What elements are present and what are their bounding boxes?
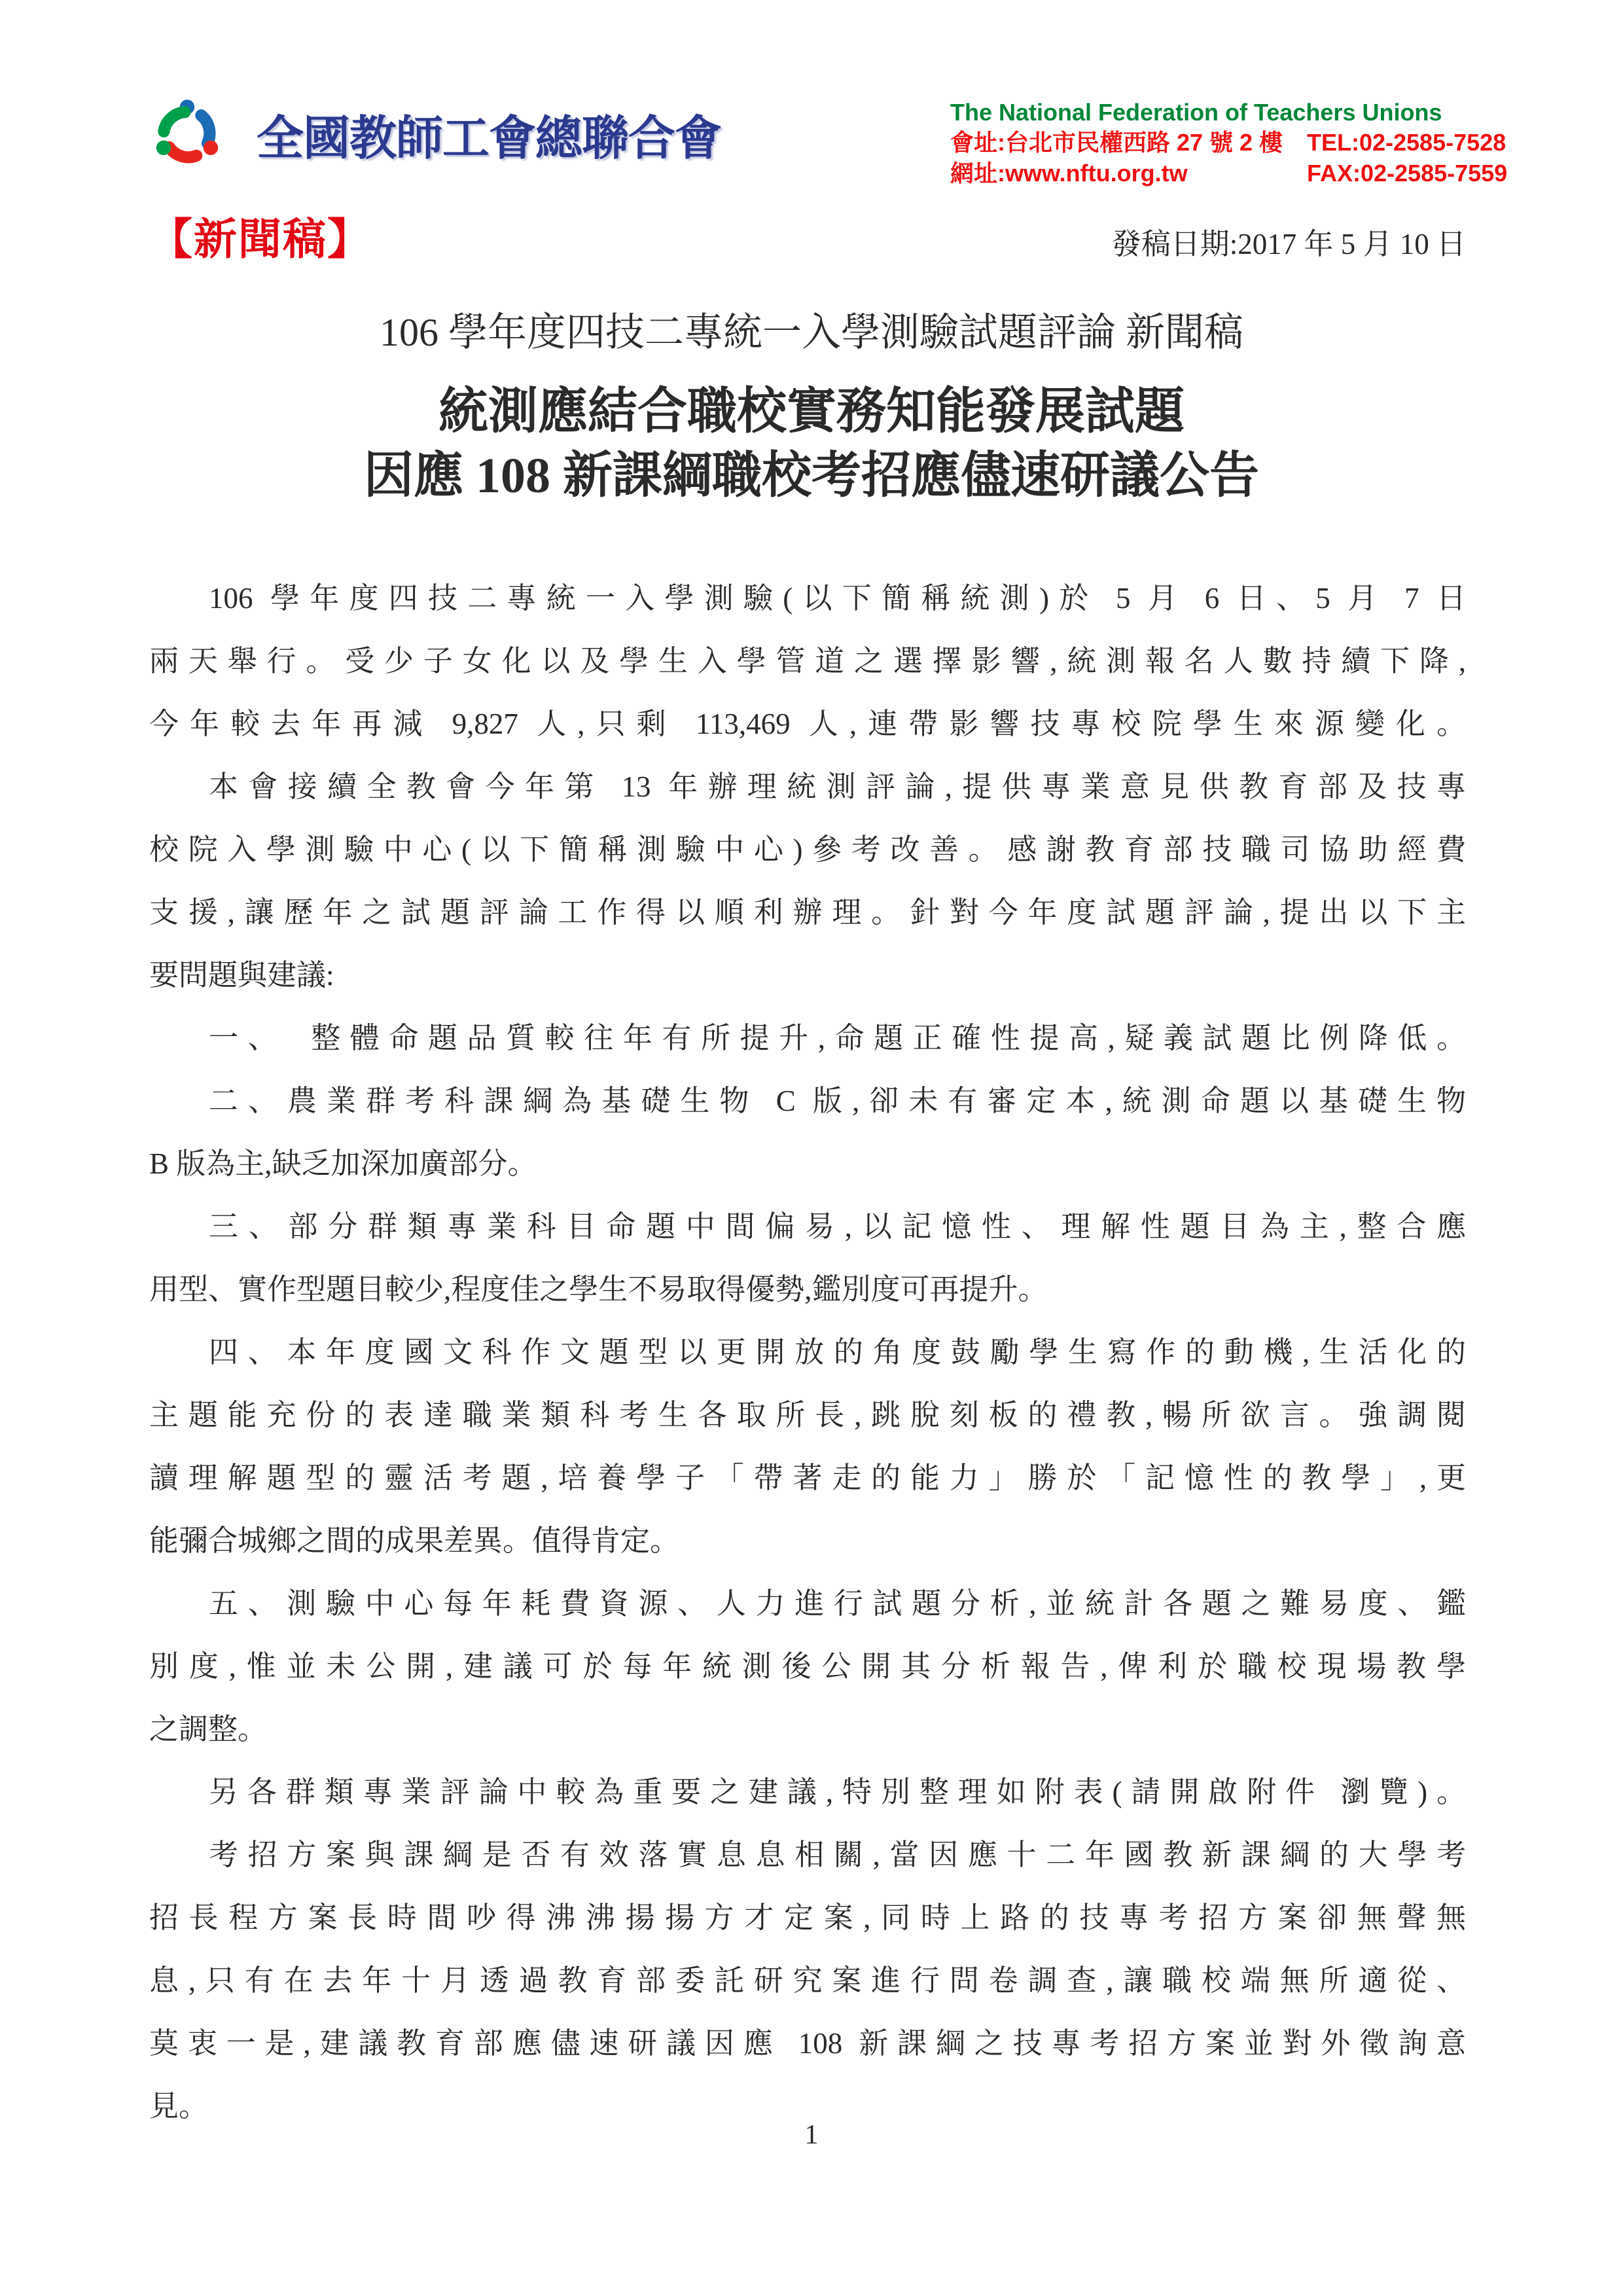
body-line: 另各群類專業評論中較為重要之建議,特別整理如附表(請開啟附件 瀏覽)。 — [149, 1761, 1466, 1823]
fax-line: FAX:02-2585-7559 — [1307, 158, 1507, 188]
body-text: 106 學年度四技二專統一入學測驗(以下簡稱統測)於 5 月 6 日、5 月 7… — [149, 567, 1466, 2138]
nftu-logo-mark — [145, 90, 229, 178]
body-line: 能彌合城鄉之間的成果差異。值得肯定。 — [149, 1509, 1466, 1572]
address-line: 會址:台北市民權西路 27 號 2 樓 — [950, 129, 1283, 156]
main-title-line-1: 統測應結合職校實務知能發展試題 — [0, 380, 1623, 444]
body-line: 息,只有在去年十月透過教育部委託研究案進行問卷調查,讓職校端無所適從、 — [149, 1949, 1466, 2012]
press-release-page: 全國教師工會總聯合會 The National Federation of Te… — [0, 0, 1623, 2296]
body-line: 主題能充份的表達職業類科考生各取所長,跳脫刻板的禮教,暢所欲言。強調閱 — [149, 1384, 1466, 1446]
body-line: B 版為主,缺乏加深加廣部分。 — [149, 1132, 1466, 1195]
body-line: 莫衷一是,建議教育部應儘速研議因應 108 新課綱之技專考招方案並對外徵詢意 — [149, 2012, 1466, 2075]
logo-row: 全國教師工會總聯合會 — [145, 90, 721, 178]
body-line: 讀理解題型的靈活考題,培養學子「帶著走的能力」勝於「記憶性的教學」,更 — [149, 1446, 1466, 1509]
body-line: 校院入學測驗中心(以下簡稱測驗中心)參考改善。感謝教育部技職司協助經費 — [149, 818, 1466, 881]
body-line: 本會接續全教會今年第 13 年辦理統測評論,提供專業意見供教育部及技專 — [149, 755, 1466, 818]
press-release-label: 【新聞稿】 — [149, 204, 372, 266]
press-row: 【新聞稿】 發稿日期:2017 年 5 月 10 日 — [149, 204, 1466, 266]
body-line: 支援,讓歷年之試題評論工作得以順利辦理。針對今年度試題評論,提出以下主 — [149, 881, 1466, 944]
body-line: 五、測驗中心每年耗費資源、人力進行試題分析,並統計各題之難易度、鑑 — [149, 1572, 1466, 1635]
body-line: 二、農業群考科課綱為基礎生物 C 版,卻未有審定本,統測命題以基礎生物 — [149, 1069, 1466, 1132]
subtitle: 106 學年度四技二專統一入學測驗試題評論 新聞稿 — [0, 301, 1623, 357]
address-tel-row: 會址:台北市民權西路 27 號 2 樓 TEL:02-2585-7528 — [950, 127, 1526, 158]
body-line: 今年較去年再減 9,827 人,只剩 113,469 人,連帶影響技專校院學生來… — [149, 692, 1466, 755]
contact-block: The National Federation of Teachers Unio… — [950, 98, 1526, 188]
release-date: 發稿日期:2017 年 5 月 10 日 — [1112, 220, 1466, 262]
body-line: 兩天舉行。受少子女化以及學生入學管道之選擇影響,統測報名人數持續下降, — [149, 630, 1466, 692]
body-line: 三、部分群類專業科目命題中間偏易,以記憶性、理解性題目為主,整合應 — [149, 1195, 1466, 1258]
body-line: 考招方案與課綱是否有效落實息息相關,當因應十二年國教新課綱的大學考 — [149, 1823, 1466, 1886]
org-name: 全國教師工會總聯合會 — [257, 100, 721, 168]
main-title: 統測應結合職校實務知能發展試題 因應 108 新課綱職校考招應儘速研議公告 — [0, 380, 1623, 508]
body-line: 別度,惟並未公開,建議可於每年統測後公開其分析報告,俾利於職校現場教學 — [149, 1635, 1466, 1698]
body-line: 用型、實作型題目較少,程度佳之學生不易取得優勢,鑑別度可再提升。 — [149, 1258, 1466, 1321]
body-line: 招長程方案長時間吵得沸沸揚揚方才定案,同時上路的技專考招方案卻無聲無 — [149, 1886, 1466, 1949]
web-line: 網址:www.nftu.org.tw — [950, 160, 1188, 187]
page-number: 1 — [0, 2119, 1623, 2151]
body-line: 106 學年度四技二專統一入學測驗(以下簡稱統測)於 5 月 6 日、5 月 7… — [149, 567, 1466, 630]
web-fax-row: 網址:www.nftu.org.tw FAX:02-2585-7559 — [950, 158, 1526, 188]
org-name-en: The National Federation of Teachers Unio… — [950, 98, 1526, 127]
body-line: 一、 整體命題品質較往年有所提升,命題正確性提高,疑義試題比例降低。 — [149, 1007, 1466, 1069]
body-line: 之調整。 — [149, 1698, 1466, 1761]
tel-line: TEL:02-2585-7528 — [1307, 127, 1506, 158]
body-line: 四、本年度國文科作文題型以更開放的角度鼓勵學生寫作的動機,生活化的 — [149, 1321, 1466, 1384]
main-title-line-2: 因應 108 新課綱職校考招應儘速研議公告 — [0, 444, 1623, 508]
body-line: 要問題與建議: — [149, 944, 1466, 1007]
